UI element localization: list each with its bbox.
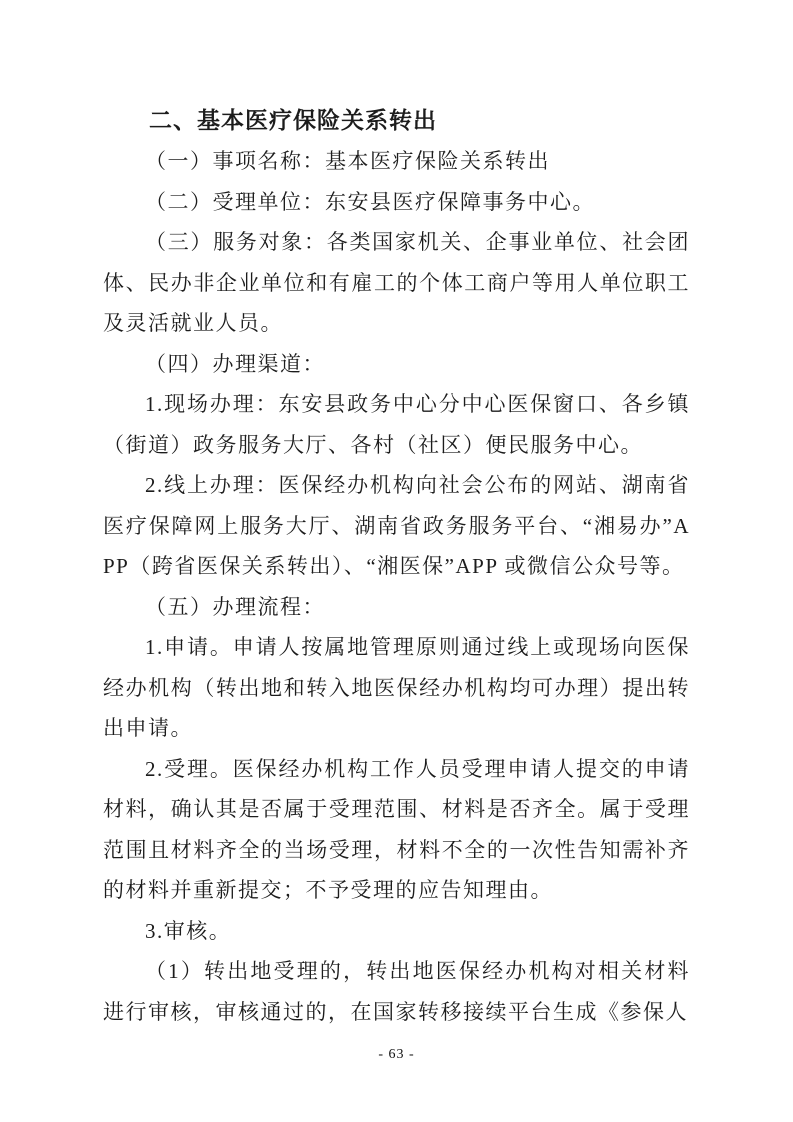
paragraph-process-label: （五）办理流程： (103, 587, 690, 628)
page-content: 二、基本医疗保险关系转出 （一）事项名称：基本医疗保险关系转出 （二）受理单位：… (103, 100, 690, 1032)
paragraph-accepting-unit: （二）受理单位：东安县医疗保障事务中心。 (103, 182, 690, 223)
paragraph-step-accept: 2.受理。医保经办机构工作人员受理申请人提交的申请材料，确认其是否属于受理范围、… (103, 749, 690, 911)
paragraph-review-detail: （1）转出地受理的，转出地医保经办机构对相关材料进行审核，审核通过的，在国家转移… (103, 951, 690, 1032)
paragraph-channels-label: （四）办理渠道： (103, 344, 690, 385)
paragraph-onsite-handling: 1.现场办理：东安县政务中心分中心医保窗口、各乡镇（街道）政务服务大厅、各村（社… (103, 384, 690, 465)
paragraph-step-review: 3.审核。 (103, 911, 690, 952)
paragraph-online-handling: 2.线上办理：医保经办机构向社会公布的网站、湖南省医疗保障网上服务大厅、湖南省政… (103, 465, 690, 587)
section-heading: 二、基本医疗保险关系转出 (103, 100, 690, 141)
paragraph-step-apply: 1.申请。申请人按属地管理原则通过线上或现场向医保经办机构（转出地和转入地医保经… (103, 627, 690, 749)
paragraph-item-name: （一）事项名称：基本医疗保险关系转出 (103, 141, 690, 182)
page-number: - 63 - (0, 1046, 793, 1064)
paragraph-service-target: （三）服务对象：各类国家机关、企事业单位、社会团体、民办非企业单位和有雇工的个体… (103, 222, 690, 344)
document-page: 二、基本医疗保险关系转出 （一）事项名称：基本医疗保险关系转出 （二）受理单位：… (0, 0, 793, 1122)
